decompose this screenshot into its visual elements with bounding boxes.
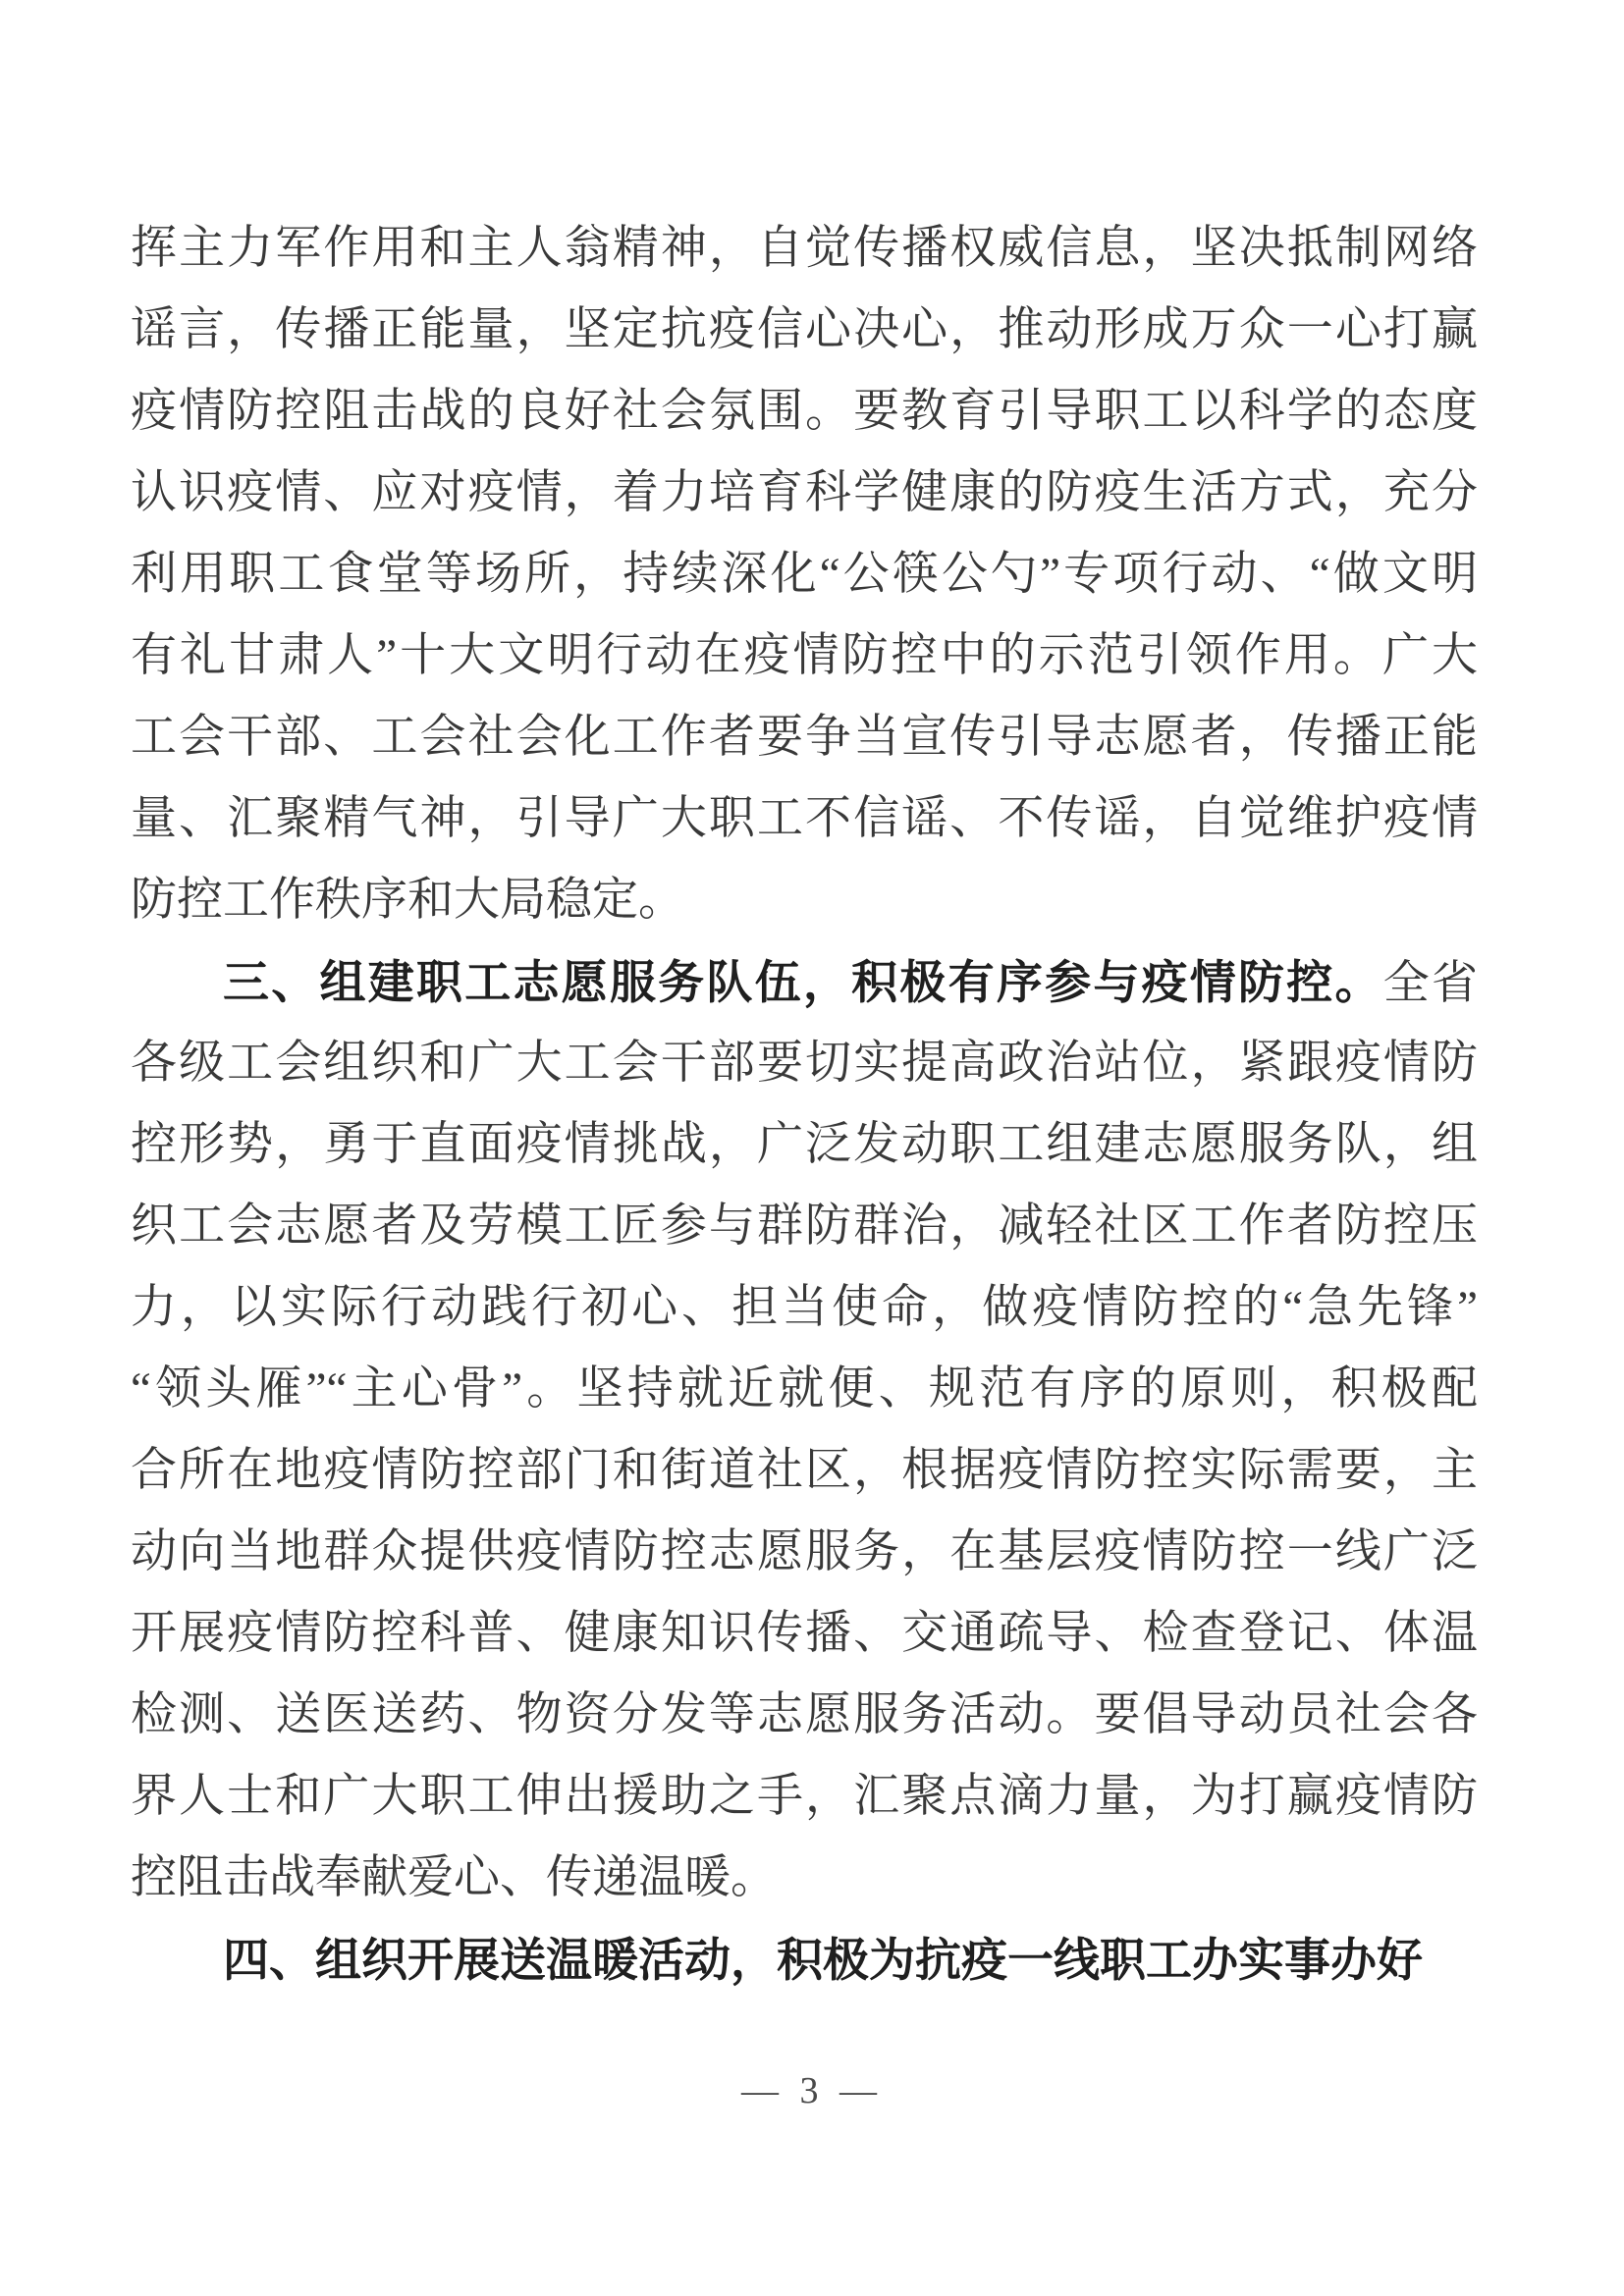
text-line: 检测、送医送药、物资分发等志愿服务活动。要倡导动员社会各 xyxy=(131,1675,1478,1756)
text-block: 挥主力军作用和主人翁精神，自觉传播权威信息，坚决抵制网络 谣言，传播正能量，坚定… xyxy=(131,208,1478,2001)
text-run: 全省 xyxy=(1383,958,1478,1009)
text-line: 有礼甘肃人”十大文明行动在疫情防控中的示范引领作用。广大 xyxy=(131,615,1478,697)
document-page: 挥主力军作用和主人翁精神，自觉传播权威信息，坚决抵制网络 谣言，传播正能量，坚定… xyxy=(0,0,1624,2296)
page-number: — 3 — xyxy=(741,2070,883,2111)
text-line: 量、汇聚精气神，引导广大职工不信谣、不传谣，自觉维护疫情 xyxy=(131,778,1478,860)
text-line: 动向当地群众提供疫情防控志愿服务，在基层疫情防控一线广泛 xyxy=(131,1512,1478,1593)
text-line: 合所在地疫情防控部门和街道社区，根据疫情防控实际需要，主 xyxy=(131,1430,1478,1512)
text-line: 工会干部、工会社会化工作者要争当宣传引导志愿者，传播正能 xyxy=(131,697,1478,778)
text-line: 开展疫情防控科普、健康知识传播、交通疏导、检查登记、体温 xyxy=(131,1593,1478,1675)
page-footer: — 3 — xyxy=(0,2069,1624,2112)
text-line: 控阻击战奉献爱心、传递温暖。 xyxy=(131,1838,1478,1919)
text-line: 各级工会组织和广大工会干部要切实提高政治站位，紧跟疫情防 xyxy=(131,1023,1478,1104)
text-line: 谣言，传播正能量，坚定抗疫信心决心，推动形成万众一心打赢 xyxy=(131,290,1478,371)
text-line: 疫情防控阻击战的良好社会氛围。要教育引导职工以科学的态度 xyxy=(131,371,1478,453)
text-line: 防控工作秩序和大局稳定。 xyxy=(131,860,1478,941)
text-line: 认识疫情、应对疫情，着力培育科学健康的防疫生活方式，充分 xyxy=(131,453,1478,534)
text-line: 利用职工食堂等场所，持续深化“公筷公勺”专项行动、“做文明 xyxy=(131,534,1478,615)
text-line: 力，以实际行动践行初心、担当使命，做疫情防控的“急先锋” xyxy=(131,1267,1478,1349)
text-line: “领头雁”“主心骨”。坚持就近就便、规范有序的原则，积极配 xyxy=(131,1349,1478,1430)
text-line: 控形势，勇于直面疫情挑战，广泛发动职工组建志愿服务队，组 xyxy=(131,1104,1478,1186)
section-heading-3: 三、组建职工志愿服务队伍，积极有序参与疫情防控。 xyxy=(223,956,1383,1008)
text-line: 织工会志愿者及劳模工匠参与群防群治，减轻社区工作者防控压 xyxy=(131,1186,1478,1267)
section-heading-3-line: 三、组建职工志愿服务队伍，积极有序参与疫情防控。全省 xyxy=(131,941,1478,1023)
text-line: 挥主力军作用和主人翁精神，自觉传播权威信息，坚决抵制网络 xyxy=(131,208,1478,290)
section-heading-4: 四、组织开展送温暖活动，积极为抗疫一线职工办实事办好 xyxy=(131,1919,1478,2001)
text-line: 界人士和广大职工伸出援助之手，汇聚点滴力量，为打赢疫情防 xyxy=(131,1756,1478,1838)
